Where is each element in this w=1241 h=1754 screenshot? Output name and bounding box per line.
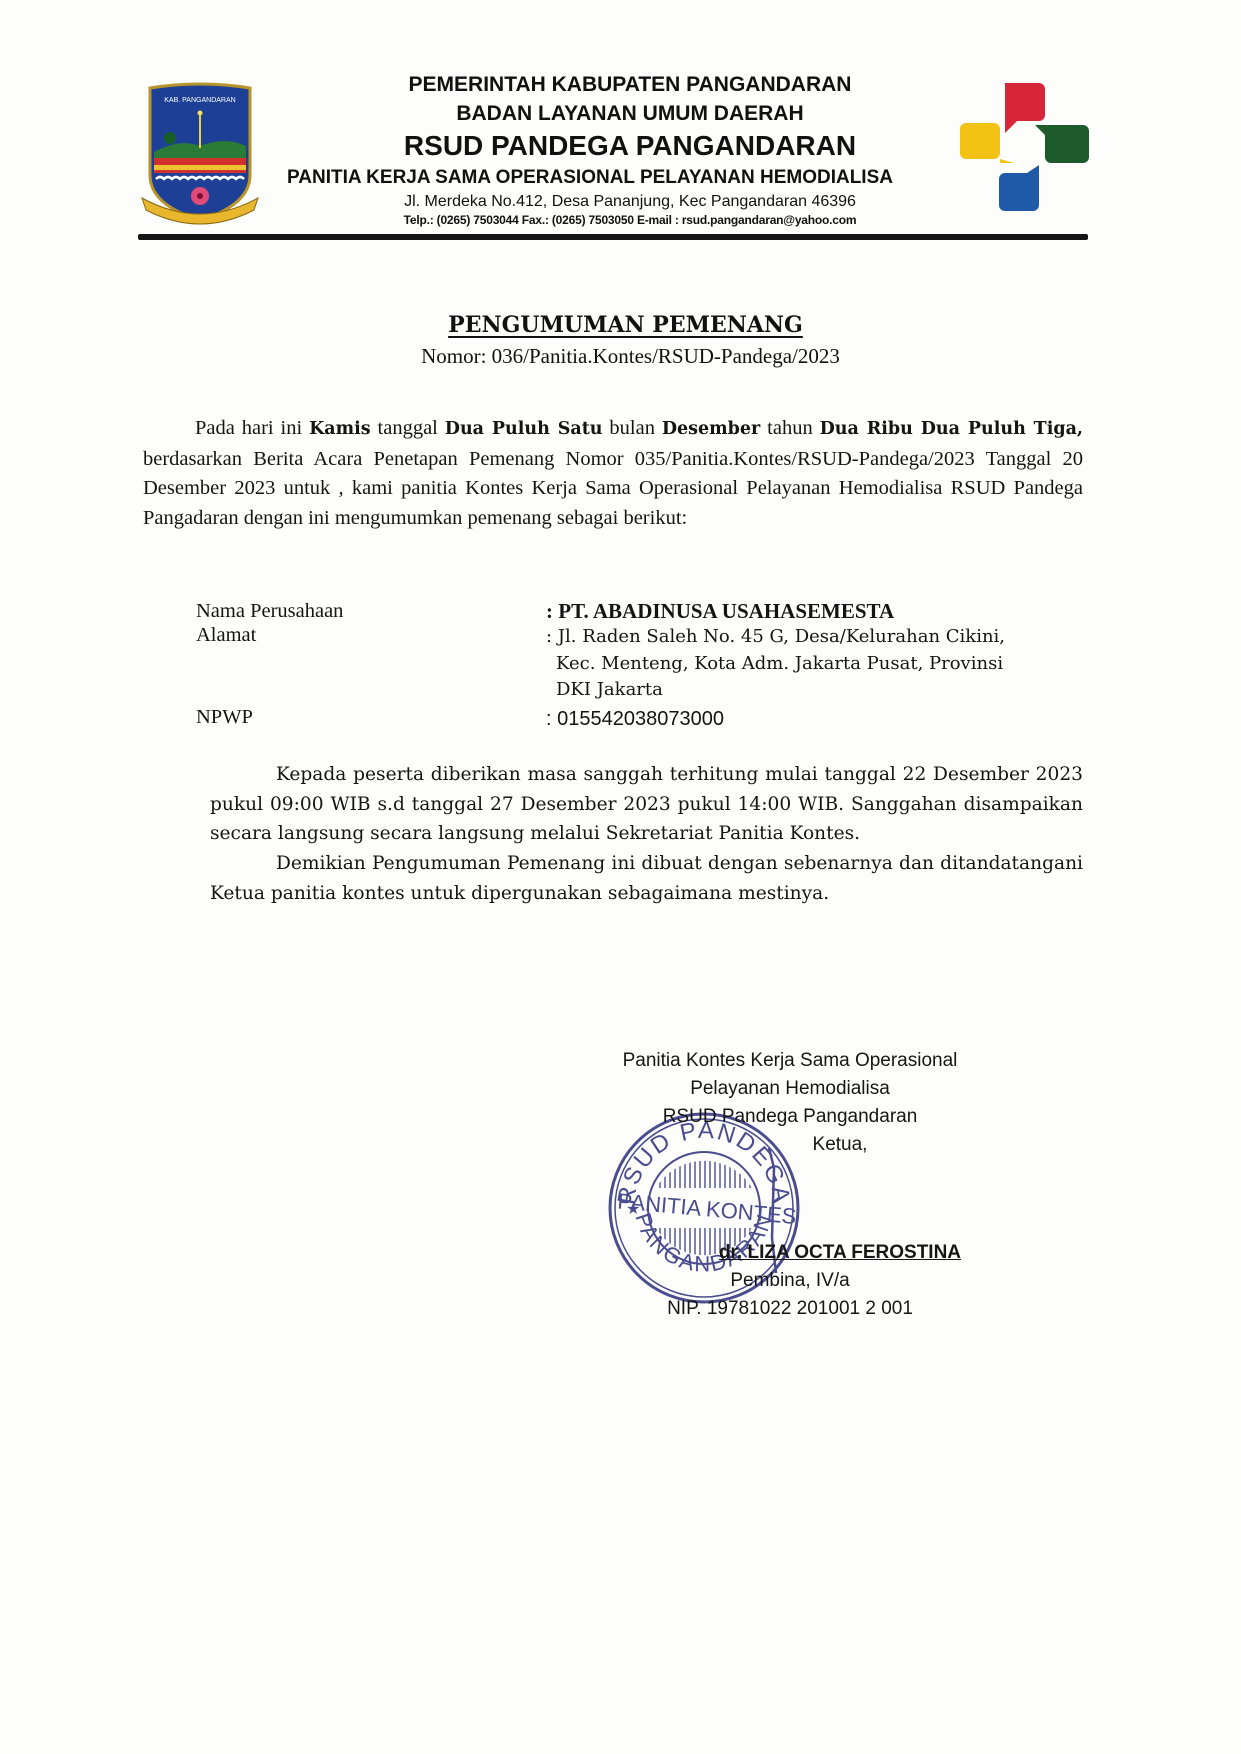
company-label: Nama Perusahaan	[196, 598, 546, 624]
winner-details: Nama Perusahaan : PT. ABADINUSA USAHASEM…	[196, 598, 1096, 732]
detail-row-npwp: NPWP : 015542038073000	[196, 706, 1096, 733]
signature-org-line1: Panitia Kontes Kerja Sama Operasional	[580, 1047, 1000, 1075]
letterhead-hospital: RSUD PANDEGA PANGANDARAN	[300, 128, 960, 164]
letterhead-agency: BADAN LAYANAN UMUM DAERAH	[300, 100, 960, 128]
year-words: Dua Ribu Dua Puluh Tiga,	[820, 419, 1083, 439]
document-number: Nomor: 036/Panitia.Kontes/RSUD-Pandega/2…	[10, 344, 1241, 369]
address-value: : Jl. Raden Saleh No. 45 G, Desa/Kelurah…	[546, 624, 1086, 704]
svg-text:KAB. PANGANDARAN: KAB. PANGANDARAN	[164, 97, 235, 104]
signatory-name: dr. LIZA OCTA FEROSTINA	[580, 1239, 1000, 1267]
objection-paragraph: Kepada peserta diberikan masa sanggah te…	[210, 760, 1083, 849]
company-value: : PT. ABADINUSA USAHASEMESTA	[546, 598, 1086, 624]
document-title: PENGUMUMAN PEMENANG	[0, 312, 1241, 338]
signature-org-line2: Pelayanan Hemodialisa	[580, 1075, 1000, 1103]
npwp-label: NPWP	[196, 706, 546, 733]
closing-paragraph: Demikian Pengumuman Pemenang ini dibuat …	[210, 849, 1083, 908]
hospital-cross-icon	[955, 75, 1095, 215]
day-name: Kamis	[309, 419, 371, 439]
document-page: KAB. PANGANDARAN PEMERINTAH KABUPATEN PA…	[0, 0, 1241, 1754]
letterhead-divider	[138, 234, 1088, 240]
letterhead-committee: PANITIA KERJA SAMA OPERASIONAL PELAYANAN…	[220, 164, 960, 192]
letterhead: PEMERINTAH KABUPATEN PANGANDARAN BADAN L…	[260, 70, 960, 228]
letterhead-address: Jl. Merdeka No.412, Desa Pananjung, Kec …	[300, 192, 960, 212]
date-words: Dua Puluh Satu	[445, 419, 603, 439]
address-label: Alamat	[196, 624, 546, 704]
regency-crest-icon: KAB. PANGANDARAN	[140, 80, 260, 225]
signature-block: Panitia Kontes Kerja Sama Operasional Pe…	[580, 1047, 1000, 1323]
signature-org-line3: RSUD Pandega Pangandaran	[580, 1103, 1000, 1131]
month-name: Desember	[662, 419, 760, 439]
opening-paragraph: Pada hari ini Kamis tanggal Dua Puluh Sa…	[143, 414, 1083, 533]
detail-row-company: Nama Perusahaan : PT. ABADINUSA USAHASEM…	[196, 598, 1096, 624]
signature-position: Ketua,	[580, 1131, 1000, 1159]
signatory-rank: Pembina, IV/a	[580, 1267, 1000, 1295]
npwp-value: : 015542038073000	[546, 706, 1086, 733]
signatory-nip: NIP. 19781022 201001 2 001	[580, 1295, 1000, 1323]
letterhead-contact: Telp.: (0265) 7503044 Fax.: (0265) 75030…	[300, 212, 960, 228]
letterhead-government: PEMERINTAH KABUPATEN PANGANDARAN	[300, 70, 960, 100]
detail-row-address: Alamat : Jl. Raden Saleh No. 45 G, Desa/…	[196, 624, 1096, 704]
